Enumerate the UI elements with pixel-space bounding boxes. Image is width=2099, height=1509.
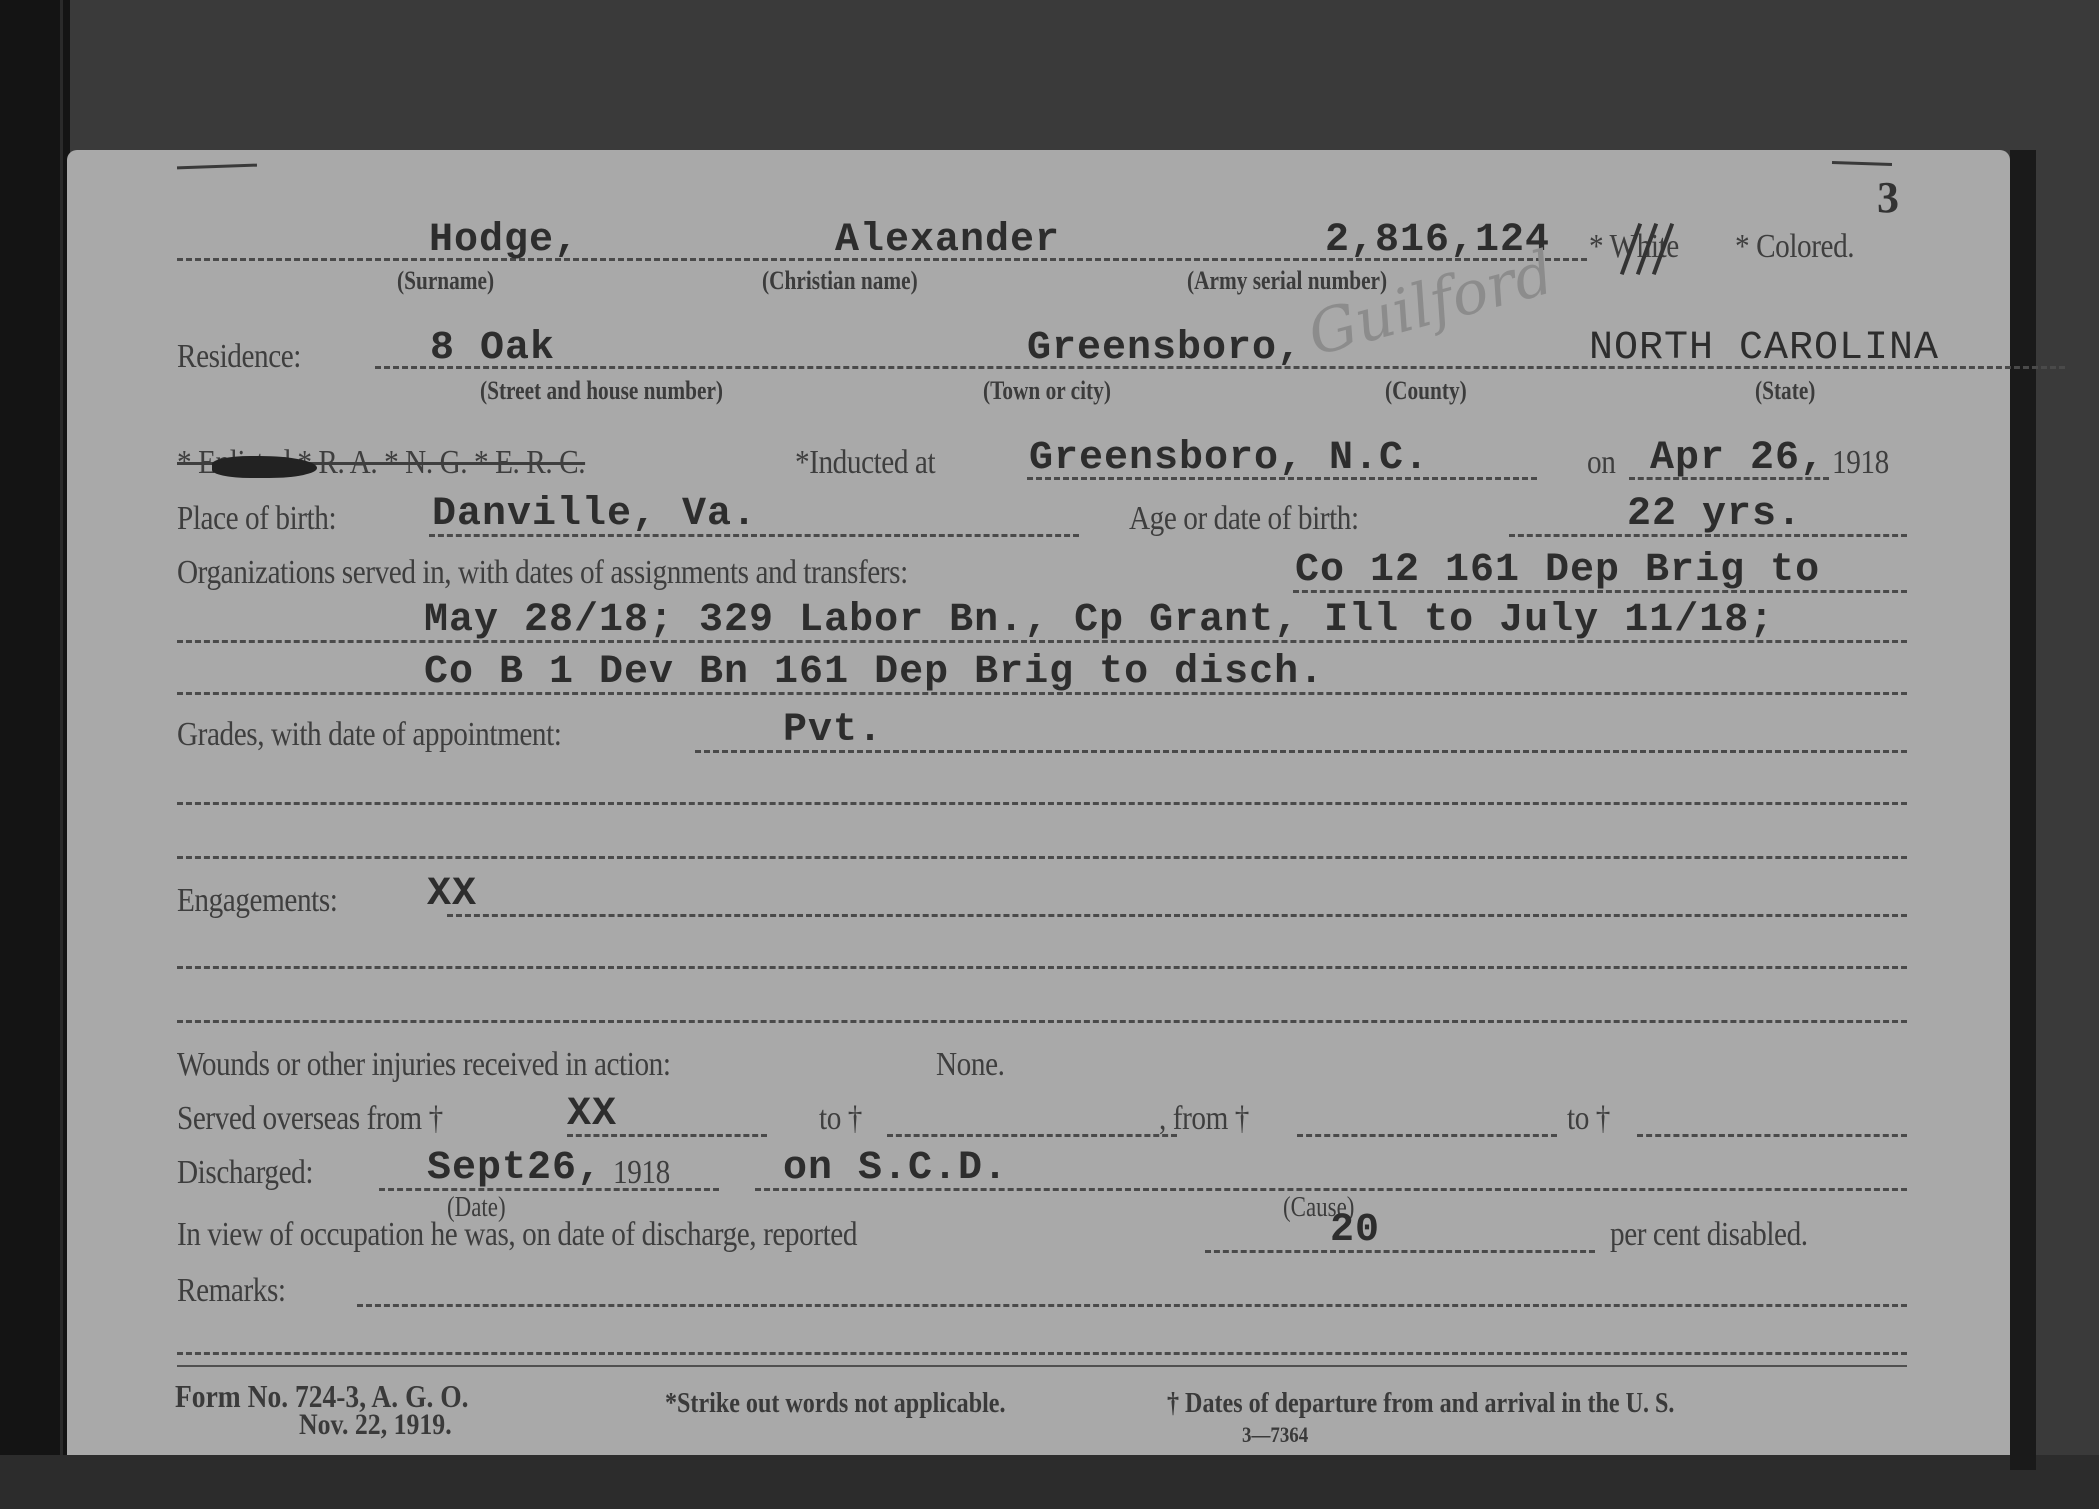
town-value: Greensboro,: [1027, 326, 1302, 371]
discharge-cause-value: on S.C.D.: [783, 1146, 1008, 1191]
engagements-label: Engagements:: [177, 882, 337, 920]
print-code: 3—7364: [1242, 1422, 1308, 1448]
engagements-value: XX: [427, 872, 477, 917]
remarks-blank-line: [177, 1352, 1907, 1355]
on-label: on: [1587, 444, 1615, 482]
street-sublabel: (Street and house number): [480, 376, 723, 406]
surname-value: Hodge,: [429, 218, 579, 263]
organization-line-1: Co 12 161 Dep Brig to: [1295, 548, 1820, 593]
grades-value: Pvt.: [783, 708, 883, 753]
race-colored-option: * Colored.: [1735, 228, 1854, 266]
disability-label: In view of occupation he was, on date of…: [177, 1216, 857, 1254]
christian-name-value: Alexander: [835, 218, 1060, 263]
overseas-to2-underline: [1637, 1134, 1907, 1137]
card-number: 3: [1877, 172, 1899, 223]
overseas-to1-label: to †: [819, 1100, 862, 1138]
overseas-to1-underline: [887, 1134, 1177, 1137]
blank-line: [177, 966, 1907, 969]
inducted-year-value: 1918: [1832, 444, 1889, 482]
age-value: 22 yrs.: [1627, 492, 1802, 537]
overseas-from2-label: , from †: [1159, 1100, 1249, 1138]
state-sublabel: (State): [1755, 376, 1815, 406]
footer-rule: [177, 1365, 1907, 1367]
residence-label: Residence:: [177, 338, 301, 376]
inducted-date-value: Apr 26,: [1650, 436, 1825, 481]
service-record-card: 3 Hodge, Alexander 2,816,124 * White * C…: [67, 150, 2010, 1455]
pencil-mark-right: [1832, 161, 1892, 166]
organizations-label: Organizations served in, with dates of a…: [177, 554, 908, 592]
binding-edge: [60, 0, 63, 1509]
strike-note: *Strike out words not applicable.: [665, 1388, 1006, 1420]
town-sublabel: (Town or city): [983, 376, 1111, 406]
overseas-to2-label: to †: [1567, 1100, 1610, 1138]
street-value: 8 Oak: [430, 326, 555, 371]
surname-label: (Surname): [397, 266, 494, 296]
dagger-note: † Dates of departure from and arrival in…: [1167, 1388, 1674, 1420]
wounds-label: Wounds or other injuries received in act…: [177, 1046, 671, 1084]
overseas-from1-value: XX: [567, 1092, 617, 1137]
age-label: Age or date of birth:: [1129, 500, 1359, 538]
wounds-value: None.: [936, 1046, 1005, 1084]
inducted-label: *Inducted at: [795, 444, 935, 482]
overseas-label: Served overseas from †: [177, 1100, 443, 1138]
inducted-place-value: Greensboro, N.C.: [1029, 436, 1429, 481]
form-date: Nov. 22, 1919.: [299, 1408, 452, 1442]
christian-name-label: (Christian name): [762, 266, 918, 296]
disability-percent-value: 20: [1330, 1208, 1380, 1253]
disability-suffix: per cent disabled.: [1610, 1216, 1808, 1254]
grades-label: Grades, with date of appointment:: [177, 716, 562, 754]
organization-line-3: Co B 1 Dev Bn 161 Dep Brig to disch.: [424, 650, 1324, 695]
blank-line: [177, 802, 1907, 805]
organization-line-2: May 28/18; 329 Labor Bn., Cp Grant, Ill …: [424, 598, 1774, 643]
place-of-birth-value: Danville, Va.: [432, 492, 757, 537]
blank-line: [177, 1020, 1907, 1023]
blank-line: [177, 856, 1907, 859]
background-bottom: [0, 1455, 2099, 1509]
place-of-birth-label: Place of birth:: [177, 500, 336, 538]
discharge-date-value: Sept26,: [427, 1146, 602, 1191]
discharge-year-value: 1918: [613, 1154, 670, 1192]
discharged-label: Discharged:: [177, 1154, 313, 1192]
county-sublabel: (County): [1385, 376, 1467, 406]
remarks-underline: [357, 1304, 1907, 1307]
disability-underline: [1205, 1250, 1595, 1253]
card-shadow: [2010, 150, 2036, 1470]
overseas-from2-underline: [1297, 1134, 1557, 1137]
ink-blot: [212, 456, 317, 478]
state-value: NORTH CAROLINA: [1589, 326, 1939, 371]
engagements-underline: [447, 914, 1907, 917]
pencil-mark-left: [177, 164, 257, 170]
remarks-label: Remarks:: [177, 1272, 286, 1310]
